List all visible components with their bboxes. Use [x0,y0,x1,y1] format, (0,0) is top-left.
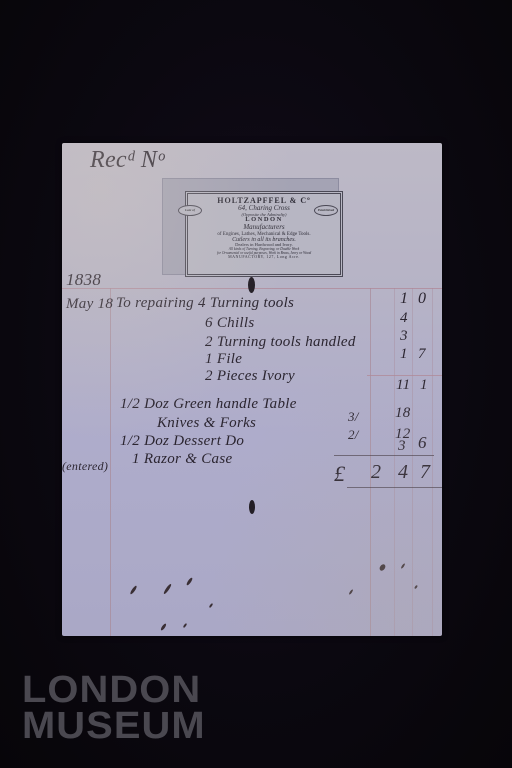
ink-speck [348,589,353,595]
subtotal-rule [367,375,442,376]
entry-line: 1 File [205,351,242,368]
total-currency-symbol: £ [334,461,345,487]
rate-value: 3/ [348,409,359,425]
pence-value: 7 [418,346,426,363]
shillings-value: 3 [398,438,406,455]
entered-note: (entered) [62,459,108,474]
ink-speck [129,585,137,595]
shillings-column-rule [394,288,395,636]
logo-line2: MUSEUM [22,708,206,744]
received-note: Recᵈ Nᵒ [90,147,164,174]
entry-line: To repairing 4 Turning tools [116,295,294,312]
firm-line6: MANUFACTORY, 127, Long Acre. [188,255,340,259]
right-oval: Established [314,205,338,216]
ink-speck [378,563,386,572]
shillings-value: 3 [400,328,408,345]
entry-line: 6 Chills [205,315,255,332]
entry-line: 2 Turning tools handled [205,334,356,351]
shillings-value: 18 [395,405,411,422]
ink-blot [249,500,255,514]
ink-speck [186,577,194,586]
shillings-value: 4 [400,310,408,327]
subtotal-shillings: 11 [396,377,411,394]
rate-value: 2/ [348,427,359,443]
entry-line: 1/2 Doz Dessert Do [120,433,244,450]
shillings-value: 1 [400,290,408,308]
ink-speck [414,585,418,589]
firm-title: Manufacturers [188,224,340,231]
ink-blot [248,277,255,293]
total-pence: 7 [420,461,430,484]
trade-label-engraving: HOLTZAPFFEL & Cº 64, Charing Cross (Oppo… [185,191,343,277]
date-column-rule [110,288,111,636]
subtotal-pence: 1 [420,377,428,394]
ink-speck [163,583,172,595]
entry-line: Knives & Forks [157,415,256,432]
entry-date: May 18 [66,296,113,313]
total-pounds: 2 [371,461,381,484]
shillings-value: 1 [400,346,408,363]
left-oval: Late of [178,205,202,216]
london-museum-logo: LONDON MUSEUM [22,672,197,744]
ink-speck [160,623,167,631]
entry-line: 1 Razor & Case [132,451,232,468]
invoice-document: Recᵈ Nᵒ HOLTZAPFFEL & Cº 64, Charing Cro… [62,143,442,636]
ink-speck [209,603,214,608]
pence-value: 0 [418,290,426,308]
trade-label: HOLTZAPFFEL & Cº 64, Charing Cross (Oppo… [162,178,339,275]
entry-line: 2 Pieces Ivory [205,368,295,385]
entry-line: 1/2 Doz Green handle Table [120,396,297,413]
total-shillings: 4 [398,461,408,484]
ink-speck [183,623,188,628]
ink-speck [400,563,405,569]
year: 1838 [66,270,101,290]
pence-value: 6 [418,433,427,453]
total-rule-bottom [347,487,442,488]
total-rule-top [334,455,434,456]
margin-rule [432,288,433,636]
logo-line1: LONDON [22,672,206,708]
pence-column-rule [412,288,413,636]
